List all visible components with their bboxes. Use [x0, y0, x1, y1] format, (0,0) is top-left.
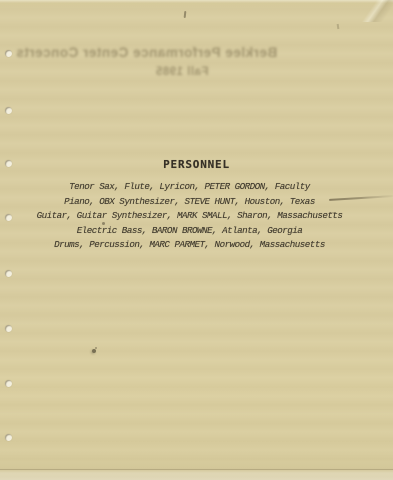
personnel-line: Guitar, Guitar Synthesizer, MARK SMALL, … — [0, 209, 379, 224]
punch-hole — [5, 380, 12, 387]
punch-hole — [5, 434, 12, 441]
personnel-line: Electric Bass, BARON BROWNE, Atlanta, Ge… — [0, 224, 379, 239]
punch-hole — [5, 107, 12, 114]
page-corner-curl — [351, 0, 393, 22]
punch-hole — [5, 270, 12, 277]
personnel-line: Drums, Percussion, MARC PARMET, Norwood,… — [0, 238, 379, 253]
punch-hole — [5, 50, 12, 57]
faint-speck — [337, 24, 340, 29]
smudge-mark — [92, 349, 96, 353]
page-top-edge — [0, 0, 393, 3]
bleed-through-subtitle: Fall 1985 — [150, 66, 214, 78]
scanned-document-page: Berklee Performance Center Concerts Fall… — [0, 0, 393, 480]
personnel-line: Tenor Sax, Flute, Lyricon, PETER GORDON,… — [0, 180, 379, 195]
page-bottom-edge — [0, 469, 393, 470]
personnel-section: PERSONNEL Tenor Sax, Flute, Lyricon, PET… — [0, 158, 393, 253]
personnel-list: Tenor Sax, Flute, Lyricon, PETER GORDON,… — [0, 180, 393, 253]
punch-hole — [5, 325, 12, 332]
bleed-through-title: Berklee Performance Center Concerts — [15, 45, 278, 60]
stray-pen-mark — [184, 11, 187, 18]
personnel-line: Piano, OBX Synthesizer, STEVE HUNT, Hous… — [0, 195, 379, 210]
personnel-heading: PERSONNEL — [0, 158, 393, 171]
